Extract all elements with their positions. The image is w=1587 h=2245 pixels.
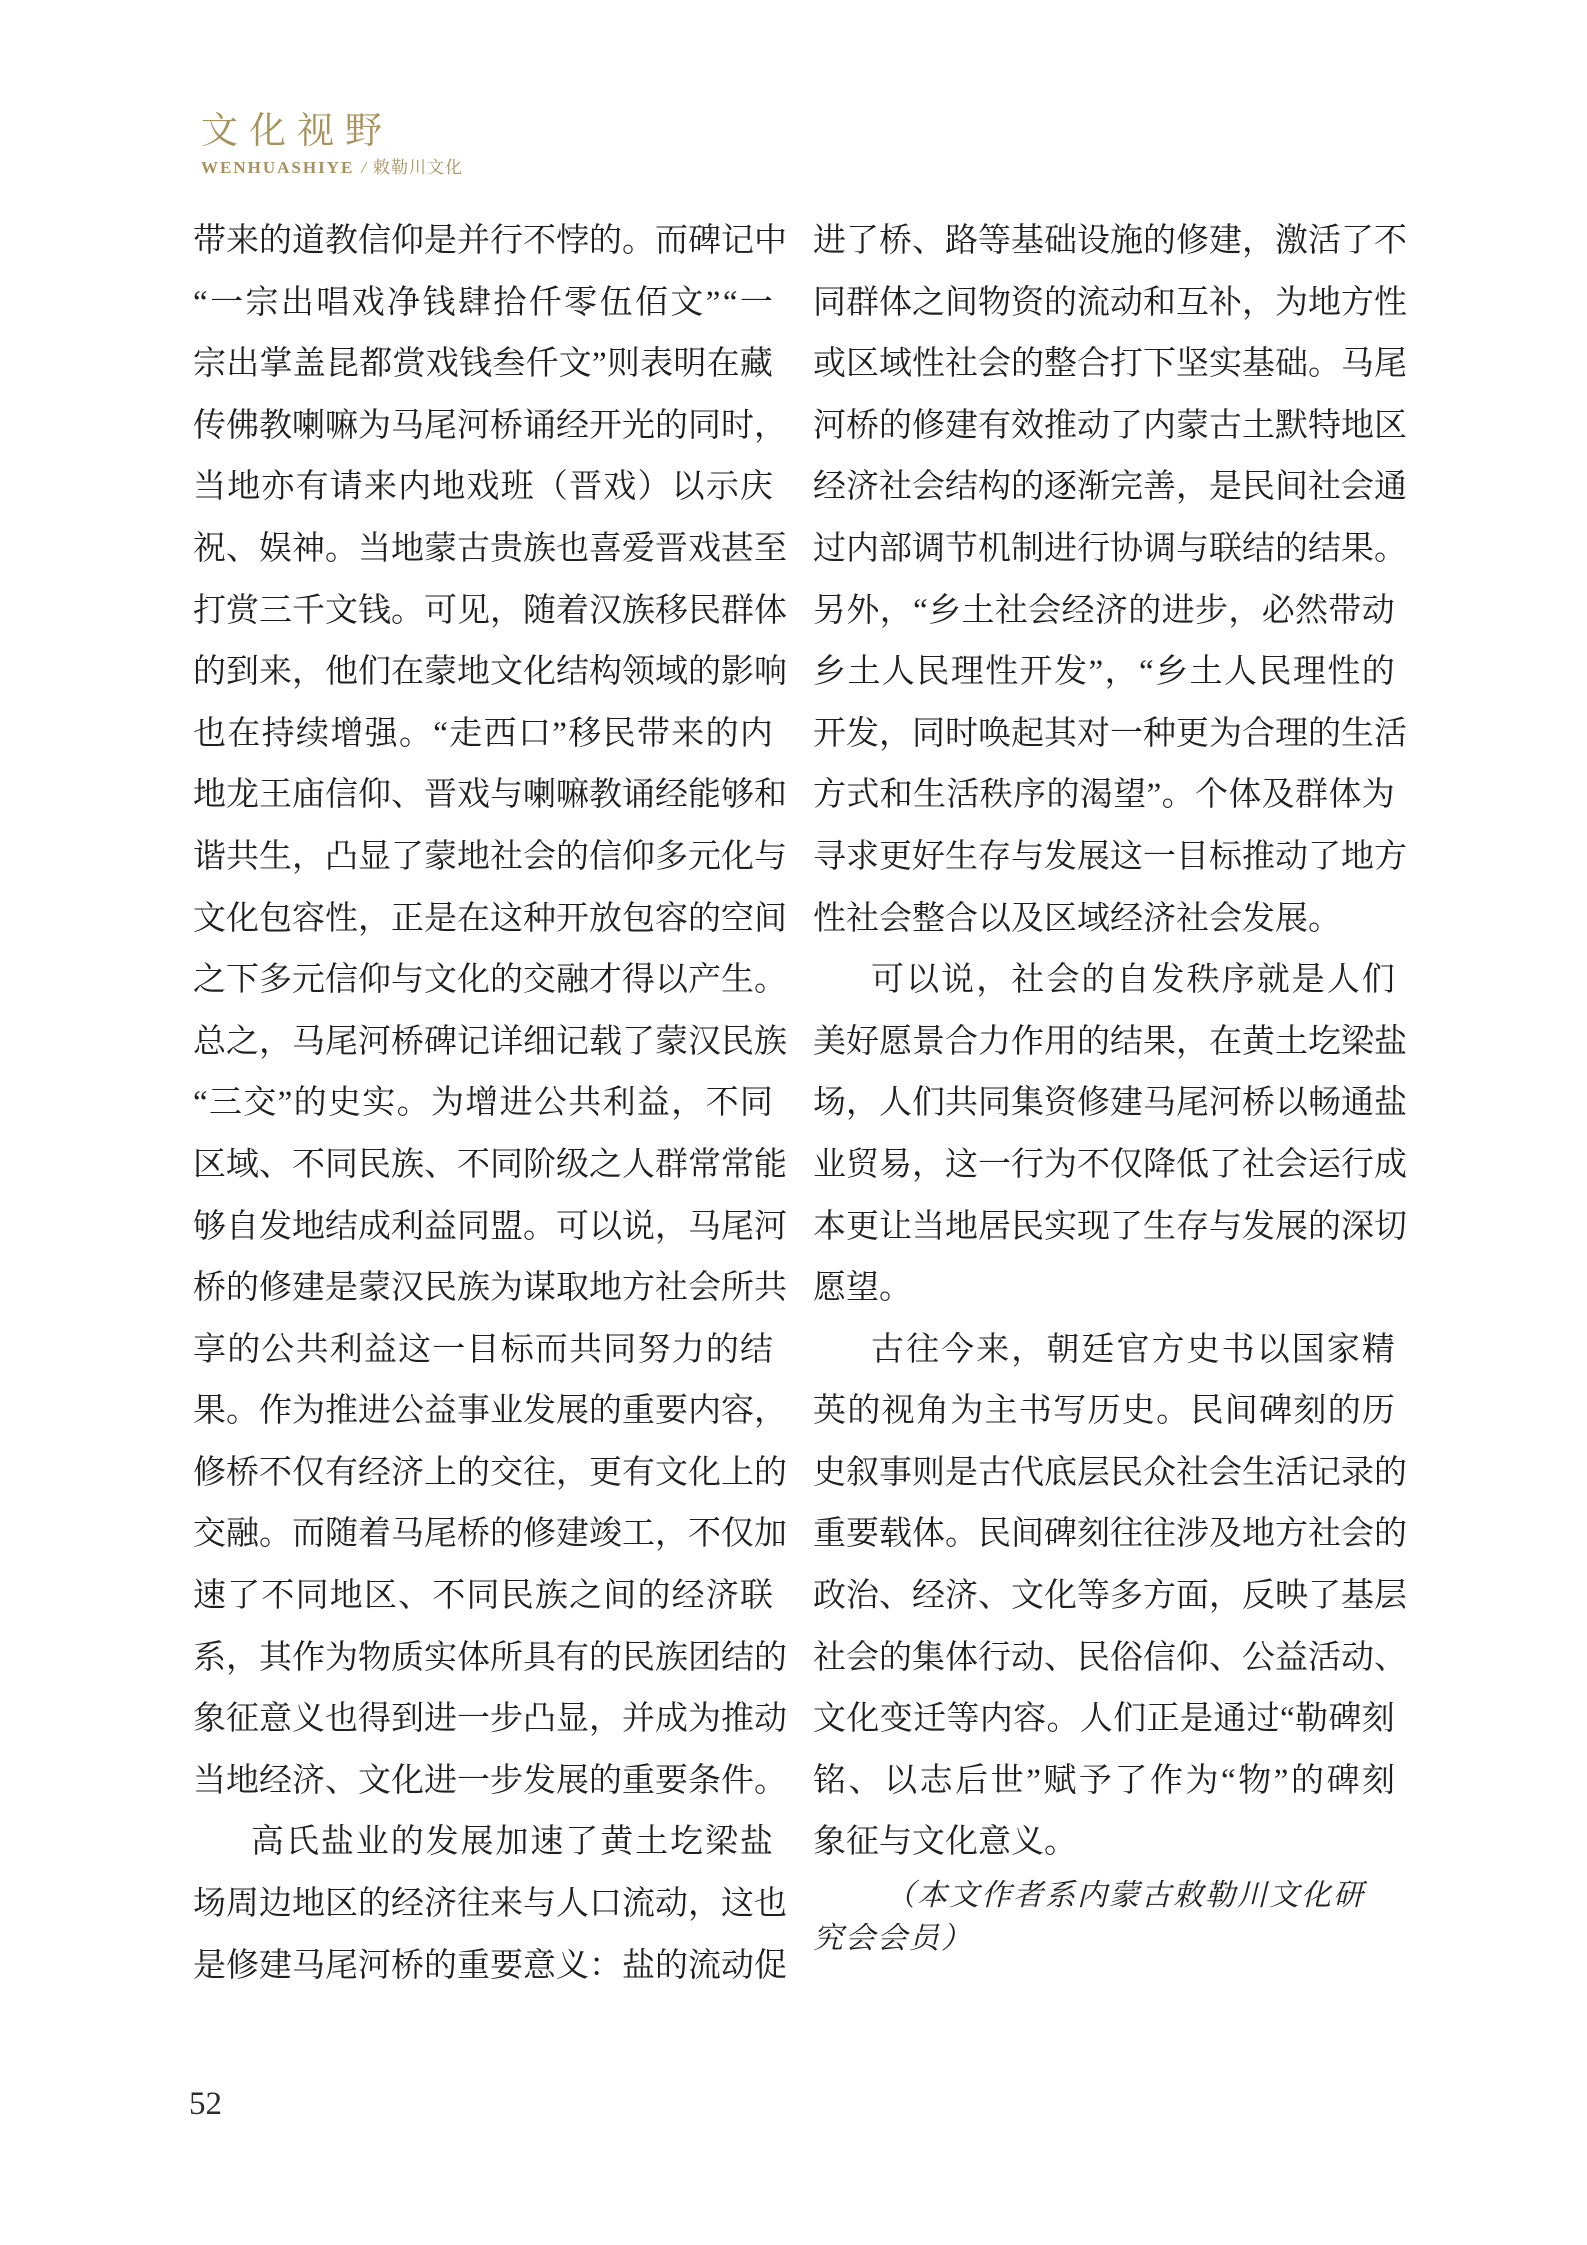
text-line: 同群体之间物资的流动和互补，为地方性 [813,273,1395,335]
page-number: 52 [189,2086,222,2123]
text-line: 修桥不仅有经济上的交往，更有文化上的 [193,1443,773,1505]
text-line: 场周边地区的经济往来与人口流动，这也 [193,1874,773,1936]
text-line: 社会的集体行动、民俗信仰、公益活动、 [813,1628,1395,1690]
text-line: 系，其作为物质实体所具有的民族团结的 [193,1628,773,1690]
text-line: 场，人们共同集资修建马尾河桥以畅通盐 [813,1073,1395,1135]
text-line: 究会会员） [813,1917,1395,1960]
text-line: 之下多元信仰与文化的交融才得以产生。 [193,950,773,1012]
text-line: “一宗出唱戏净钱肆拾仟零伍佰文”“一 [193,273,773,335]
text-line: “三交”的史实。为增进公共利益，不同 [193,1073,773,1135]
text-line: 祝、娱神。当地蒙古贵族也喜爱晋戏甚至 [193,519,773,581]
text-line: 交融。而随着马尾桥的修建竣工，不仅加 [193,1504,773,1566]
subtitle-chinese: 敕勒川文化 [373,158,463,177]
right-column: 进了桥、路等基础设施的修建，激活了不同群体之间物资的流动和互补，为地方性或区域性… [813,211,1395,1960]
text-line: 是修建马尾河桥的重要意义：盐的流动促 [193,1936,773,1998]
text-line: 史叙事则是古代底层民众社会生活记录的 [813,1443,1395,1505]
text-line: 性社会整合以及区域经济社会发展。 [813,889,1395,951]
text-line: 果。作为推进公益事业发展的重要内容， [193,1381,773,1443]
text-line: 过内部调节机制进行协调与联结的结果。 [813,519,1395,581]
text-line: 当地经济、文化进一步发展的重要条件。 [193,1751,773,1813]
text-line: 本更让当地居民实现了生存与发展的深切 [813,1197,1395,1259]
text-line: 传佛教喇嘛为马尾河桥诵经开光的同时， [193,396,773,458]
text-line: 文化变迁等内容。人们正是通过“勒碑刻 [813,1689,1395,1751]
text-line: 带来的道教信仰是并行不悖的。而碑记中 [193,211,773,273]
text-line: 铭、以志后世”赋予了作为“物”的碑刻 [813,1751,1395,1813]
text-line: 谐共生，凸显了蒙地社会的信仰多元化与 [193,827,773,889]
text-line: 够自发地结成利益同盟。可以说，马尾河 [193,1197,773,1259]
subtitle-latin: WENHUASHIYE [201,158,354,177]
text-line: 打赏三千文钱。可见，随着汉族移民群体 [193,581,773,643]
text-line: 象征意义也得到进一步凸显，并成为推动 [193,1689,773,1751]
text-line: 桥的修建是蒙汉民族为谋取地方社会所共 [193,1258,773,1320]
text-line: 方式和生活秩序的渴望”。个体及群体为 [813,765,1395,827]
text-line: 当地亦有请来内地戏班（晋戏）以示庆 [193,457,773,519]
text-line: 业贸易，这一行为不仅降低了社会运行成 [813,1135,1395,1197]
text-line: 总之，马尾河桥碑记详细记载了蒙汉民族 [193,1012,773,1074]
text-line: 乡土人民理性开发”，“乡土人民理性的 [813,642,1395,704]
text-line: 象征与文化意义。 [813,1812,1395,1874]
text-line: （本文作者系内蒙古敕勒川文化研 [813,1874,1395,1917]
text-line: 地龙王庙信仰、晋戏与喇嘛教诵经能够和 [193,765,773,827]
text-line: 宗出掌盖昆都赏戏钱叁仟文”则表明在藏 [193,334,773,396]
section-title: 文化视野 [201,110,463,154]
text-line: 愿望。 [813,1258,1395,1320]
text-line: 另外，“乡土社会经济的进步，必然带动 [813,581,1395,643]
text-line: 高氏盐业的发展加速了黄土圪梁盐 [193,1812,773,1874]
text-line: 也在持续增强。“走西口”移民带来的内 [193,704,773,766]
left-column: 带来的道教信仰是并行不悖的。而碑记中“一宗出唱戏净钱肆拾仟零伍佰文”“一宗出掌盖… [193,211,773,1997]
text-line: 河桥的修建有效推动了内蒙古土默特地区 [813,396,1395,458]
text-line: 享的公共利益这一目标而共同努力的结 [193,1320,773,1382]
text-line: 进了桥、路等基础设施的修建，激活了不 [813,211,1395,273]
magazine-page: 文化视野 WENHUASHIYE/敕勒川文化 带来的道教信仰是并行不悖的。而碑记… [0,0,1587,2245]
text-line: 开发，同时唤起其对一种更为合理的生活 [813,704,1395,766]
section-subtitle: WENHUASHIYE/敕勒川文化 [201,158,463,178]
text-line: 政治、经济、文化等多方面，反映了基层 [813,1566,1395,1628]
text-line: 速了不同地区、不同民族之间的经济联 [193,1566,773,1628]
text-line: 寻求更好生存与发展这一目标推动了地方 [813,827,1395,889]
text-line: 英的视角为主书写历史。民间碑刻的历 [813,1381,1395,1443]
text-line: 文化包容性，正是在这种开放包容的空间 [193,889,773,951]
section-header: 文化视野 WENHUASHIYE/敕勒川文化 [201,110,463,179]
text-line: 经济社会结构的逐渐完善，是民间社会通 [813,457,1395,519]
text-line: 可以说，社会的自发秩序就是人们 [813,950,1395,1012]
text-line: 或区域性社会的整合打下坚实基础。马尾 [813,334,1395,396]
text-line: 重要载体。民间碑刻往往涉及地方社会的 [813,1504,1395,1566]
text-line: 的到来，他们在蒙地文化结构领域的影响 [193,642,773,704]
subtitle-separator-icon: / [361,158,366,177]
text-line: 美好愿景合力作用的结果，在黄土圪梁盐 [813,1012,1395,1074]
text-line: 区域、不同民族、不同阶级之人群常常能 [193,1135,773,1197]
text-line: 古往今来，朝廷官方史书以国家精 [813,1320,1395,1382]
